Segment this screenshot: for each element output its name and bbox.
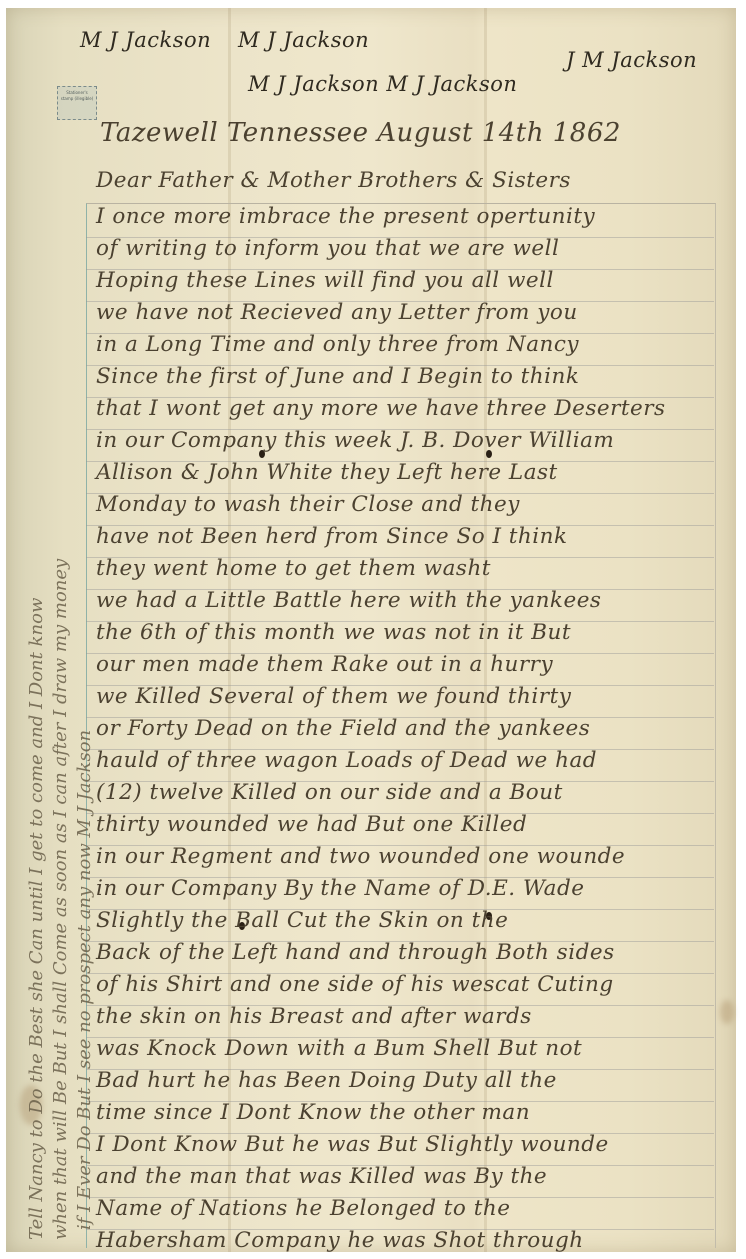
stamp-text: Stationer's stamp (illegible): [61, 90, 94, 101]
body-line: hauld of three wagon Loads of Dead we ha…: [96, 748, 597, 773]
body-line: they went home to get them washt: [96, 556, 491, 581]
body-line: Hoping these Lines will find you all wel…: [96, 268, 554, 293]
body-line: the skin on his Breast and after wards: [96, 1004, 532, 1029]
margin-note: if I Ever Do But I see no prospect any n…: [74, 730, 95, 1230]
salutation: Dear Father & Mother Brothers & Sisters: [96, 168, 571, 193]
signature: M J Jackson: [238, 28, 369, 52]
body-line: thirty wounded we had But one Killed: [96, 812, 527, 837]
signature: M J Jackson: [80, 28, 211, 52]
body-line: of his Shirt and one side of his wescat …: [96, 972, 614, 997]
body-line: or Forty Dead on the Field and the yanke…: [96, 716, 590, 741]
body-line: I Dont Know But he was But Slightly woun…: [96, 1132, 609, 1157]
body-line: (12) twelve Killed on our side and a Bou…: [96, 780, 563, 805]
stationer-stamp: Stationer's stamp (illegible): [57, 86, 97, 120]
signature: J M Jackson: [566, 48, 697, 72]
body-line: in our Company By the Name of D.E. Wade: [96, 876, 585, 901]
signature: M J Jackson M J Jackson: [248, 72, 517, 96]
body-line: and the man that was Killed was By the: [96, 1164, 547, 1189]
body-line: that I wont get any more we have three D…: [96, 396, 666, 421]
margin-note: Tell Nancy to Do the Best she Can until …: [26, 598, 47, 1240]
margin-note: when that will Be But I shall Come as so…: [50, 559, 71, 1240]
body-line: our men made them Rake out in a hurry: [96, 652, 553, 677]
body-line: Since the first of June and I Begin to t…: [96, 364, 579, 389]
paper-stain: [720, 1000, 734, 1024]
body-line: in our Regment and two wounded one wound…: [96, 844, 625, 869]
body-line: of writing to inform you that we are wel…: [96, 236, 559, 261]
body-line: we have not Recieved any Letter from you: [96, 300, 578, 325]
body-line: Monday to wash their Close and they: [96, 492, 520, 517]
body-line: the 6th of this month we was not in it B…: [96, 620, 571, 645]
body-line: Habersham Company he was Shot through: [96, 1228, 584, 1253]
body-line: in our Company this week J. B. Dover Wil…: [96, 428, 614, 453]
body-line: we had a Little Battle here with the yan…: [96, 588, 601, 613]
body-line: Slightly the Ball Cut the Skin on the: [96, 908, 508, 933]
body-line: time since I Dont Know the other man: [96, 1100, 530, 1125]
place-date-line: Tazewell Tennessee August 14th 1862: [100, 118, 621, 148]
body-line: Allison & John White they Left here Last: [96, 460, 558, 485]
body-line: Name of Nations he Belonged to the: [96, 1196, 510, 1221]
body-line: was Knock Down with a Bum Shell But not: [96, 1036, 582, 1061]
body-line: Back of the Left hand and through Both s…: [96, 940, 615, 965]
body-line: I once more imbrace the present opertuni…: [96, 204, 595, 229]
body-line: we Killed Several of them we found thirt…: [96, 684, 571, 709]
body-line: have not Been herd from Since So I think: [96, 524, 568, 549]
body-line: in a Long Time and only three from Nancy: [96, 332, 579, 357]
body-line: Bad hurt he has Been Doing Duty all the: [96, 1068, 557, 1093]
